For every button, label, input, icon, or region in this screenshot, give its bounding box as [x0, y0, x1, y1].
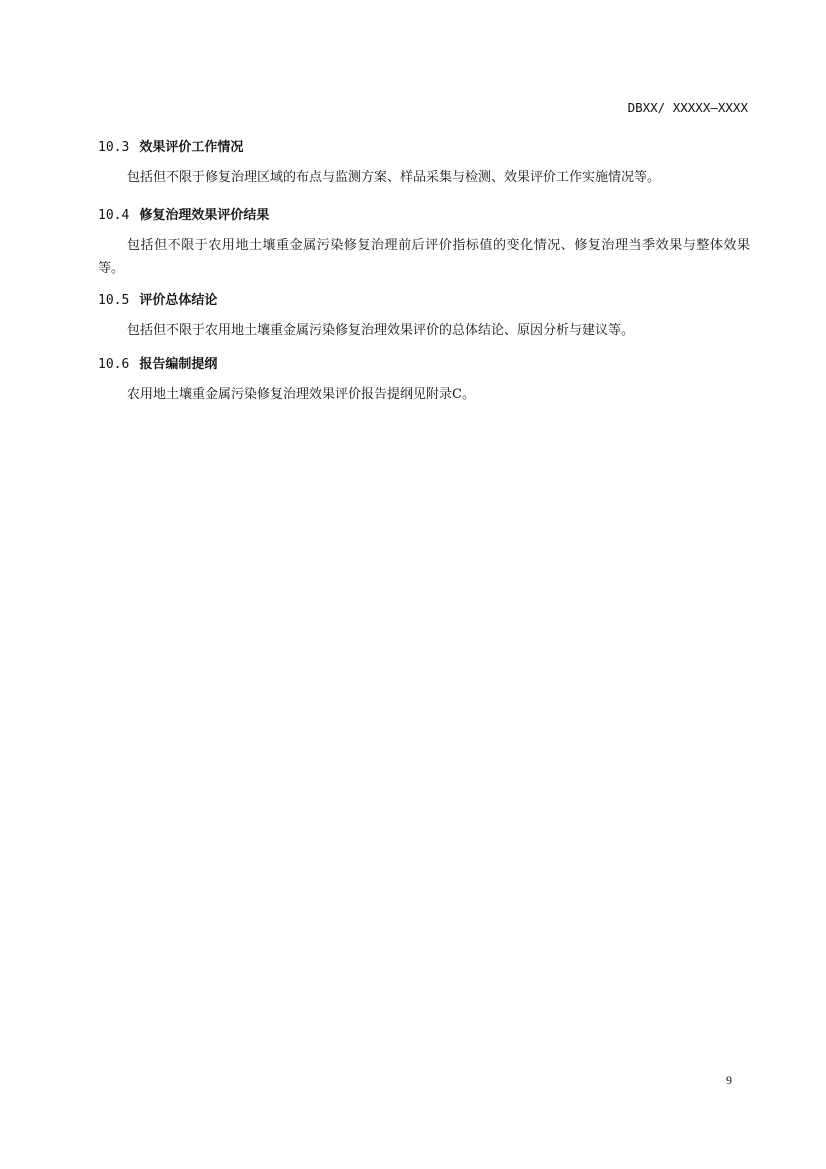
section-heading-10-6: 10.6报告编制提纲	[98, 353, 217, 372]
section-body-10-6: 农用地土壤重金属污染修复治理效果评价报告提纲见附录C。	[98, 383, 750, 406]
page-number: 9	[726, 1073, 732, 1088]
document-code-header: DBXX/ XXXXX—XXXX	[628, 100, 748, 115]
section-title: 修复治理效果评价结果	[139, 208, 269, 223]
section-heading-10-5: 10.5评价总体结论	[98, 289, 217, 308]
section-number: 10.6	[98, 357, 129, 372]
section-title: 评价总体结论	[139, 293, 217, 308]
section-body-10-3: 包括但不限于修复治理区域的布点与监测方案、样品采集与检测、效果评价工作实施情况等…	[98, 166, 750, 189]
section-body-10-5: 包括但不限于农用地土壤重金属污染修复治理效果评价的总体结论、原因分析与建议等。	[98, 319, 750, 342]
section-body-10-4: 包括但不限于农用地土壤重金属污染修复治理前后评价指标值的变化情况、修复治理当季效…	[98, 234, 750, 280]
section-number: 10.4	[98, 208, 129, 223]
section-title: 报告编制提纲	[139, 357, 217, 372]
section-heading-10-4: 10.4修复治理效果评价结果	[98, 204, 269, 223]
section-number: 10.5	[98, 293, 129, 308]
section-title: 效果评价工作情况	[139, 140, 243, 155]
section-number: 10.3	[98, 140, 129, 155]
section-heading-10-3: 10.3效果评价工作情况	[98, 136, 243, 155]
